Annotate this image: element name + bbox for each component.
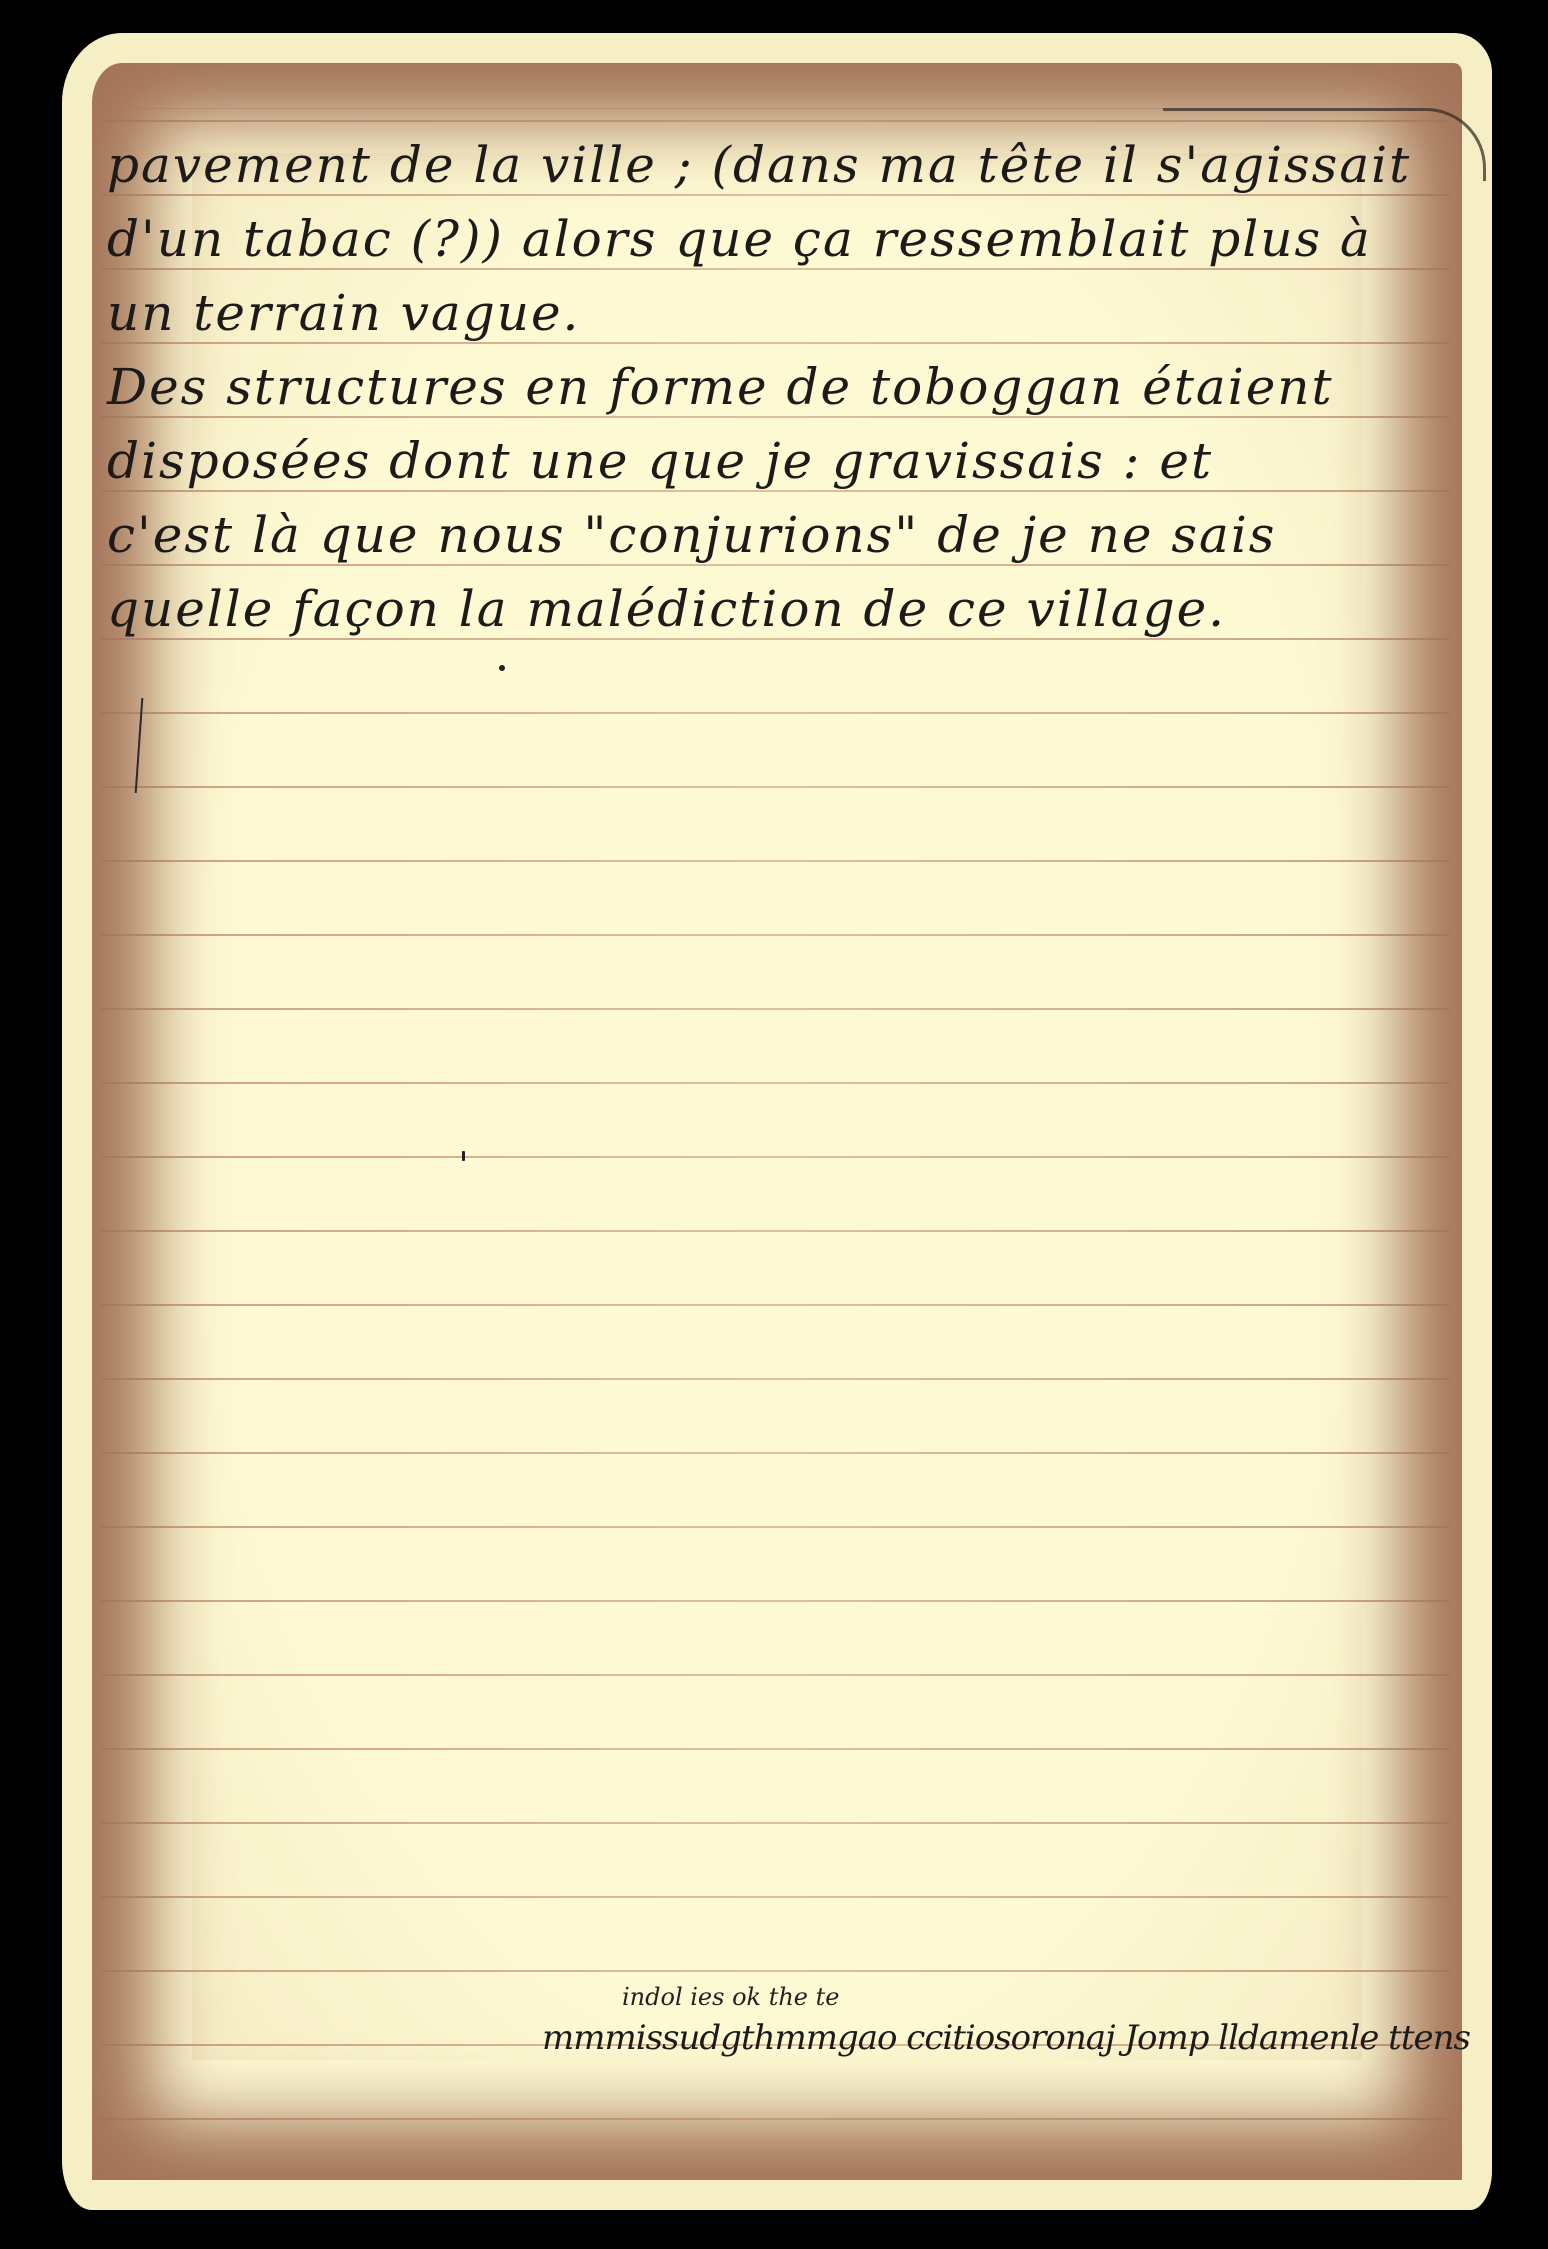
ink-mark (462, 1151, 465, 1161)
notebook-page: pavement de la ville ; (dans ma tête il … (62, 33, 1492, 2210)
text-line: d'un tabac (?)) alors que ça ressemblait… (107, 202, 1447, 276)
text-line: un terrain vague. (107, 276, 1447, 350)
rule-line (100, 712, 1450, 714)
rule-line (100, 1896, 1450, 1898)
rule-line (100, 2118, 1450, 2120)
text-line: quelle façon la malédiction de ce villag… (107, 572, 1447, 646)
text-line: disposées dont une que je gravissais : e… (107, 424, 1447, 498)
rule-line (100, 1600, 1450, 1602)
rule-line (100, 934, 1450, 936)
rule-line (100, 786, 1450, 788)
handwritten-text: pavement de la ville ; (dans ma tête il … (107, 128, 1447, 646)
ink-dot (499, 665, 505, 671)
rule-line (100, 1526, 1450, 1528)
rule-line (100, 1748, 1450, 1750)
rule-line (100, 1970, 1450, 1972)
rule-line (100, 1452, 1450, 1454)
rule-line (100, 1304, 1450, 1306)
rule-line (100, 860, 1450, 862)
rule-line (100, 1156, 1450, 1158)
text-line: pavement de la ville ; (dans ma tête il … (107, 128, 1447, 202)
rule-line (100, 1674, 1450, 1676)
footer-illegible-text: mmmissudgthmmgao ccitiosoronaj Jomp llda… (542, 2018, 1492, 2058)
rule-line (100, 1230, 1450, 1232)
rule-line (100, 1008, 1450, 1010)
rule-line (100, 1082, 1450, 1084)
footer-illegible-top: indol ies ok the te (622, 1983, 1492, 2011)
rule-line (100, 1378, 1450, 1380)
rule-line (100, 1822, 1450, 1824)
text-line: Des structures en forme de toboggan étai… (107, 350, 1447, 424)
text-line: c'est là que nous "conjurions" de je ne … (107, 498, 1447, 572)
